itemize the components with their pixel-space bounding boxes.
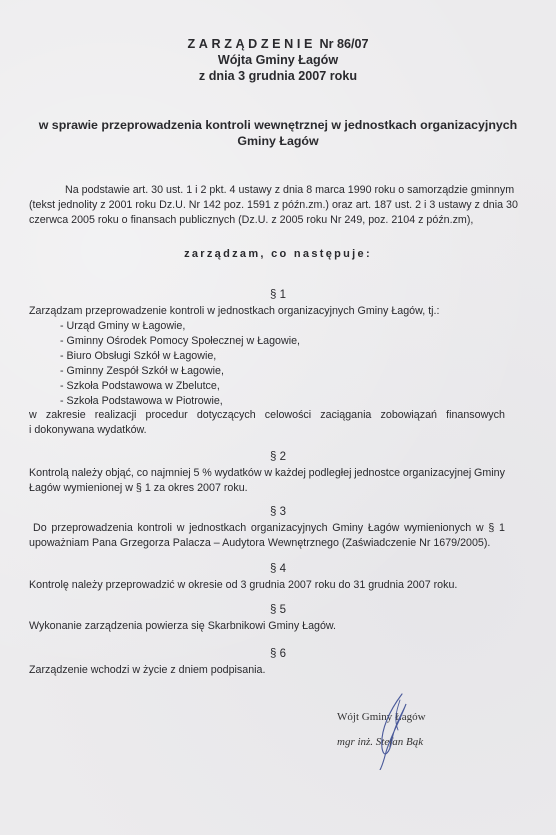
section-2-sign: § 2 bbox=[0, 451, 556, 463]
issue-date: z dnia 3 grudnia 2007 roku bbox=[0, 68, 556, 84]
section-1-scope-line-2: i dokonywana wydatków. bbox=[29, 423, 147, 438]
decree-phrase: zarządzam, co następuje: bbox=[0, 248, 556, 260]
subject-line-2: Gminy Łagów bbox=[0, 133, 556, 149]
issuer: Wójta Gminy Łagów bbox=[0, 52, 556, 68]
document-page: ZARZĄDZENIE Nr 86/07 Wójta Gminy Łagów z… bbox=[0, 0, 556, 835]
unit-item: - Gminny Zespół Szkół w Łagowie, bbox=[60, 364, 300, 379]
section-1-scope-line-1: w zakresie realizacji procedur dotyczący… bbox=[29, 408, 505, 423]
preamble-line-3: czerwca 2005 roku o finansach publicznyc… bbox=[29, 213, 507, 228]
preamble-line-1: Na podstawie art. 30 ust. 1 i 2 pkt. 4 u… bbox=[29, 183, 507, 198]
section-6-text: Zarządzenie wchodzi w życie z dniem podp… bbox=[29, 663, 265, 678]
section-5-text: Wykonanie zarządzenia powierza się Skarb… bbox=[29, 619, 336, 634]
section-2-line-1: Kontrolą należy objąć, co najmniej 5 % w… bbox=[29, 466, 505, 481]
title-word: ZARZĄDZENIE bbox=[188, 37, 316, 51]
unit-item: - Gminny Ośrodek Pomocy Społecznej w Łag… bbox=[60, 334, 300, 349]
section-6-sign: § 6 bbox=[0, 648, 556, 660]
unit-item: - Szkoła Podstawowa w Piotrowie, bbox=[60, 394, 300, 409]
section-1-intro: Zarządzam przeprowadzenie kontroli w jed… bbox=[29, 304, 439, 319]
subject-line-1: w sprawie przeprowadzenia kontroli wewnę… bbox=[0, 117, 556, 133]
section-2-line-2: Łagów wymienionej w § 1 za okres 2007 ro… bbox=[29, 481, 248, 496]
unit-item: - Urząd Gminy w Łagowie, bbox=[60, 319, 300, 334]
document-title: ZARZĄDZENIE Nr 86/07 bbox=[0, 36, 556, 52]
section-4-text: Kontrolę należy przeprowadzić w okresie … bbox=[29, 578, 457, 593]
section-3-line-1: Do przeprowadzenia kontroli w jednostkac… bbox=[33, 521, 505, 536]
unit-list: - Urząd Gminy w Łagowie, - Gminny Ośrode… bbox=[60, 319, 300, 409]
preamble: Na podstawie art. 30 ust. 1 i 2 pkt. 4 u… bbox=[29, 183, 507, 228]
handwritten-signature-icon bbox=[360, 690, 420, 770]
title-number: Nr 86/07 bbox=[319, 37, 368, 51]
section-1-sign: § 1 bbox=[0, 289, 556, 301]
section-4-sign: § 4 bbox=[0, 563, 556, 575]
section-3-sign: § 3 bbox=[0, 506, 556, 518]
unit-item: - Szkoła Podstawowa w Zbelutce, bbox=[60, 379, 300, 394]
preamble-line-2: (tekst jednolity z 2001 roku Dz.U. Nr 14… bbox=[29, 198, 507, 213]
unit-item: - Biuro Obsługi Szkół w Łagowie, bbox=[60, 349, 300, 364]
section-3-line-2: upoważniam Pana Grzegorza Palacza – Audy… bbox=[29, 536, 490, 551]
section-5-sign: § 5 bbox=[0, 604, 556, 616]
